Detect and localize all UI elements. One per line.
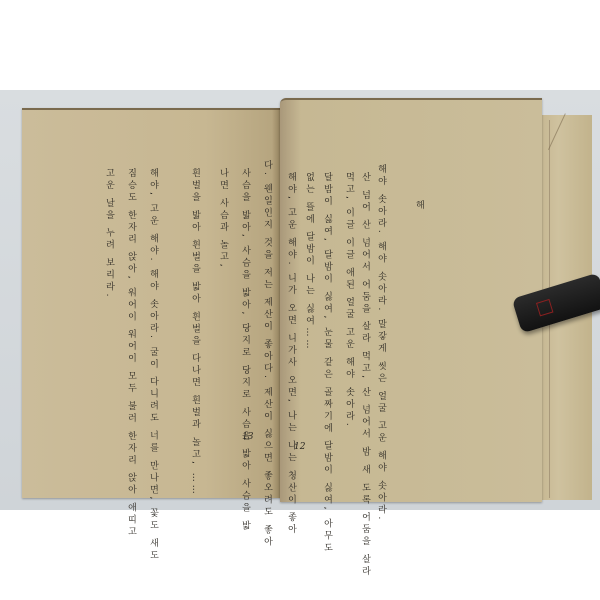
left-page: 다. 웬일인지 것을 저는 제산이 좋아다. 제산이 싫으면 좋오려도 좋아 사… [22,108,284,498]
text-column: 나면 사슴과 놀고, [218,168,228,270]
page-number: 13 [242,432,253,442]
text-column: 먹고, 이글 이글 애된 얼굴 고운 해야 솟아라. [344,172,354,429]
page-number: 12 [294,442,305,452]
text-column: 해야 솟아라. 해야 솟아라. 말갛게 씻은 얼굴 고운 해야 솟아라. [376,164,386,522]
clip-logo-icon [536,299,553,316]
text-column: 없는 뜰에 달밤이 나는 싫여…… [304,172,314,351]
poem-title: 해 [416,198,425,211]
text-column: 사슴을 밟아, 사슴을 밟아, 당지로 당지로 사슴을 밟아 사슴을 밟 [240,168,250,532]
open-book: 다. 웬일인지 것을 저는 제산이 좋아다. 제산이 싫으면 좋오려도 좋아 사… [0,0,600,600]
text-column: 짐승도 한자리 앉아, 워어이 워어이 모두 불러 한자리 앉아 애띠고 [126,168,136,539]
text-column: 흰벌을 밟아 흰벌을 밟아 흰벌을 다나면 흰벌과 놀고, …… [190,168,200,497]
text-column: 해야, 고운 해야. 해야 솟아라. 굴이 다니려도 너를 만나면, 꽃도 새도 [148,168,158,562]
text-column: 고운 날을 누려 보리라. [104,168,114,299]
text-column: 해야, 고운 해야. 니가 오면 니가사 오면, 나는 나는 청산이 좋아 [286,172,296,536]
text-column: 다. 웬일인지 것을 저는 제산이 좋아다. 제산이 싫으면 좋오려도 좋아 [262,160,272,548]
text-column: 달밤이 싫여, 달밤이 싫여, 눈물 같은 골짜기에 달밤이 싫여, 아무도 [322,172,332,554]
right-page: 해 해야 솟아라. 해야 솟아라. 말갛게 씻은 얼굴 고운 해야 솟아라. 산… [280,98,542,502]
text-column: 산 넘어 산 넘어서 어둠을 살라 먹고, 산 넘어서 밤 새 도록 어둠을 살… [360,172,370,578]
